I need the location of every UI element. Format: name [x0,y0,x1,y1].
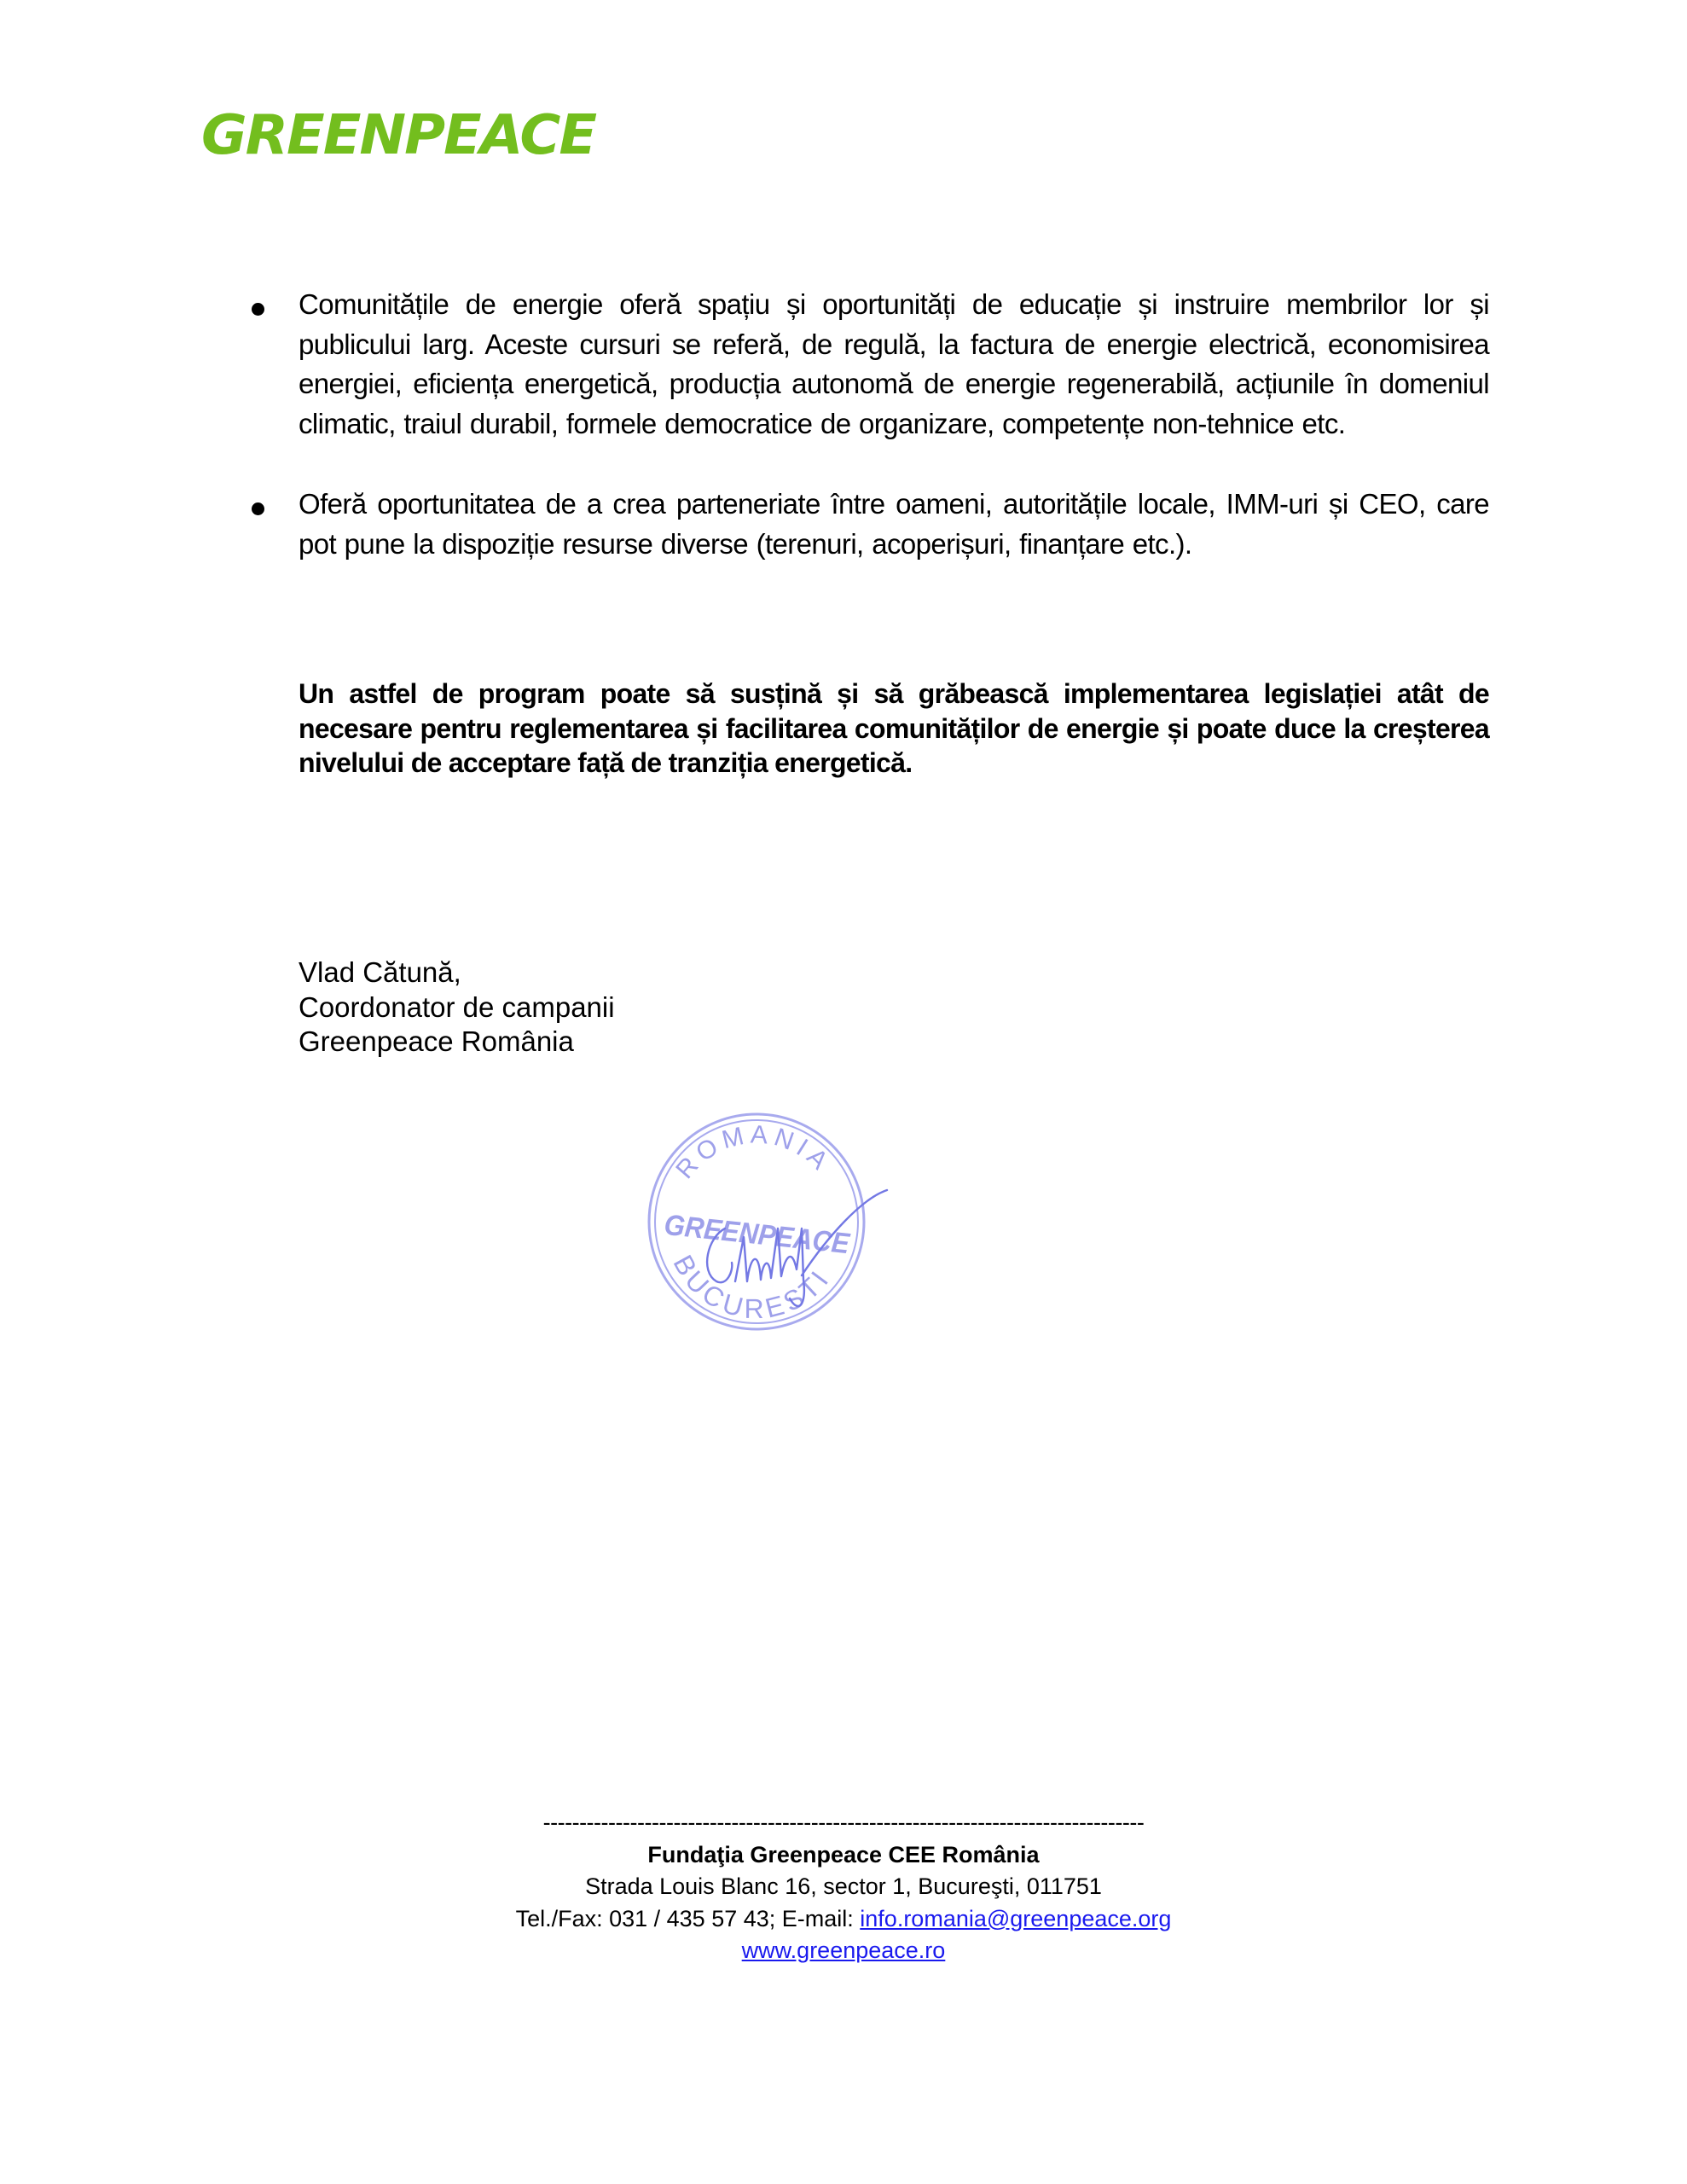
footer-separator: ----------------------------------------… [0,1807,1687,1839]
logo-text: GREENPEACE [201,104,596,166]
bullet-text: Oferă oportunitatea de a crea parteneria… [299,485,1489,564]
website-link[interactable]: www.greenpeace.ro [742,1937,946,1963]
email-link[interactable]: info.romania@greenpeace.org [860,1906,1171,1931]
footer-org-name: Fundaţia Greenpeace CEE România [0,1839,1687,1872]
signature-block: Vlad Cătună, Coordonator de campanii Gre… [299,955,615,1060]
bullet-icon [247,285,299,444]
bullet-text: Comunitățile de energie oferă spațiu și … [299,285,1489,444]
footer-address: Strada Louis Blanc 16, sector 1, Bucureş… [0,1871,1687,1903]
list-item: Oferă oportunitatea de a crea parteneria… [247,485,1489,564]
footer-contact: Tel./Fax: 031 / 435 57 43; E-mail: info.… [0,1903,1687,1936]
official-stamp: ROMANIA GREENPEACE BUCURESTI [631,1101,913,1348]
bullet-icon [247,485,299,564]
benefits-list: Comunitățile de energie oferă spațiu și … [247,285,1489,564]
letter-footer: ----------------------------------------… [0,1807,1687,1967]
signatory-name: Vlad Cătună, [299,955,615,990]
conclusion-paragraph: Un astfel de program poate să susțină și… [299,677,1489,781]
list-item: Comunitățile de energie oferă spațiu și … [247,285,1489,444]
footer-phone: Tel./Fax: 031 / 435 57 43; E-mail: [516,1906,861,1931]
signatory-role: Coordonator de campanii [299,990,615,1025]
signatory-organization: Greenpeace România [299,1025,615,1060]
greenpeace-logo: GREENPEACE [200,96,600,166]
